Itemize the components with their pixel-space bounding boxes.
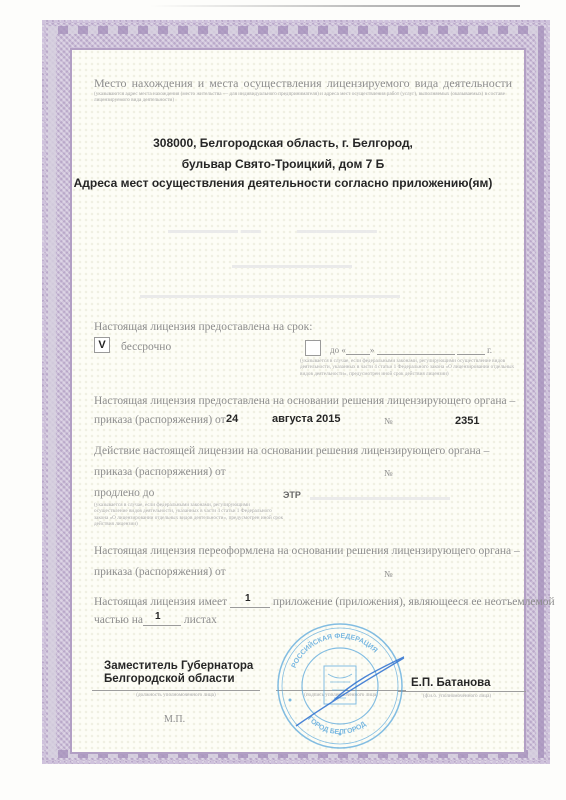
name-line xyxy=(398,691,526,692)
grant-line-2: приказа (распоряжения) от xyxy=(94,414,226,426)
until-day-blank[interactable] xyxy=(346,344,370,355)
bleed-through-text: ▬▬▬▬▬▬▬ ▬▬ ▬▬▬▬▬▬▬▬ xyxy=(168,225,377,236)
until-label-prefix: до « xyxy=(330,345,346,355)
location-heading: Место нахождения и места осуществления л… xyxy=(94,76,512,91)
seal-label: М.П. xyxy=(164,714,185,725)
until-year-blank[interactable] xyxy=(457,344,485,355)
bleed-through-stamp-text: ЭТР xyxy=(283,490,301,500)
appendix-line: Настоящая лицензия имеет 1 приложение (п… xyxy=(94,596,555,608)
term-heading: Настоящая лицензия предоставлена на срок… xyxy=(94,321,312,333)
grant-month-year: августа 2015 xyxy=(272,413,340,425)
svg-text:ГОРОД БЕЛГОРОД: ГОРОД БЕЛГОРОД xyxy=(306,715,367,736)
indefinite-label: бессрочно xyxy=(121,341,171,353)
extension-line-2: приказа (распоряжения) от xyxy=(94,466,226,478)
until-label-mid: » xyxy=(370,345,375,355)
name-caption: (ф.и.о. уполномоченного лица) xyxy=(398,693,516,699)
grant-number: 2351 xyxy=(455,415,479,427)
official-seal-icon: РОССИЙСКАЯ ФЕДЕРАЦИЯ ГОРОД БЕЛГОРОД xyxy=(276,622,404,750)
appendix-middle: приложение (приложения), являющееся ее н… xyxy=(273,596,555,608)
until-month-blank[interactable] xyxy=(377,344,455,355)
until-date-field[interactable]: до «» г. xyxy=(330,344,492,355)
signatory-name: Е.П. Батанова xyxy=(411,677,491,689)
extension-note: (указывается в случае, если федеральными… xyxy=(94,502,284,527)
sheets-prefix: частью на xyxy=(94,614,143,626)
extension-number-label: № xyxy=(384,468,393,478)
extension-line-1: Действие настоящей лицензии на основании… xyxy=(94,445,489,457)
sheets-count-field[interactable]: 1 xyxy=(143,615,181,626)
grant-line-1: Настоящая лицензия предоставлена на осно… xyxy=(94,395,515,407)
appendix-count-field[interactable]: 1 xyxy=(230,597,270,608)
appendix-sheets-line: частью на1 листах xyxy=(94,614,217,626)
signatory-position-1: Заместитель Губернатора xyxy=(104,660,253,672)
address-line-2: бульвар Свято-Троицкий, дом 7 Б xyxy=(0,157,566,171)
scan-artifact xyxy=(150,5,520,7)
until-checkbox[interactable] xyxy=(305,340,321,356)
bleed-through-text: ▬▬▬▬▬▬▬▬▬▬▬▬▬▬▬▬▬▬▬▬▬▬▬▬▬▬ xyxy=(140,290,400,301)
appendix-prefix: Настоящая лицензия имеет xyxy=(94,596,227,608)
address-line-3: Адреса мест осуществления деятельности с… xyxy=(0,176,566,190)
bleed-through-text: ▬▬▬▬▬▬▬▬▬▬▬▬▬▬ xyxy=(310,492,450,503)
position-caption: (должность уполномоченного лица) xyxy=(92,692,260,698)
handwritten-signature xyxy=(296,652,404,726)
reissue-line-2: приказа (распоряжения) от xyxy=(94,566,226,578)
grant-day: 24 xyxy=(226,413,238,425)
svg-text:РОССИЙСКАЯ ФЕДЕРАЦИЯ: РОССИЙСКАЯ ФЕДЕРАЦИЯ xyxy=(291,633,379,669)
address-line-1: 308000, Белгородская область, г. Белгоро… xyxy=(0,136,566,150)
indefinite-checkbox[interactable]: V xyxy=(94,337,110,353)
signatory-position-2: Белгородской области xyxy=(104,673,235,685)
position-line xyxy=(92,690,260,691)
sheets-suffix: листах xyxy=(184,614,217,626)
location-note: (указываются адрес места нахождения (мес… xyxy=(94,91,514,104)
extended-until-label: продлено до xyxy=(94,487,154,499)
reissue-number-label: № xyxy=(384,569,393,579)
bleed-through-text: ▬▬▬▬▬▬▬▬▬▬▬▬ xyxy=(232,260,352,271)
check-mark: V xyxy=(98,339,105,351)
until-note: (указывается в случае, если федеральными… xyxy=(300,358,516,377)
reissue-line-1: Настоящая лицензия переоформлена на осно… xyxy=(94,545,520,557)
until-label-suffix: г. xyxy=(487,345,492,355)
appendix-count: 1 xyxy=(245,593,251,604)
sheets-count: 1 xyxy=(155,611,161,622)
grant-number-label: № xyxy=(384,416,393,426)
